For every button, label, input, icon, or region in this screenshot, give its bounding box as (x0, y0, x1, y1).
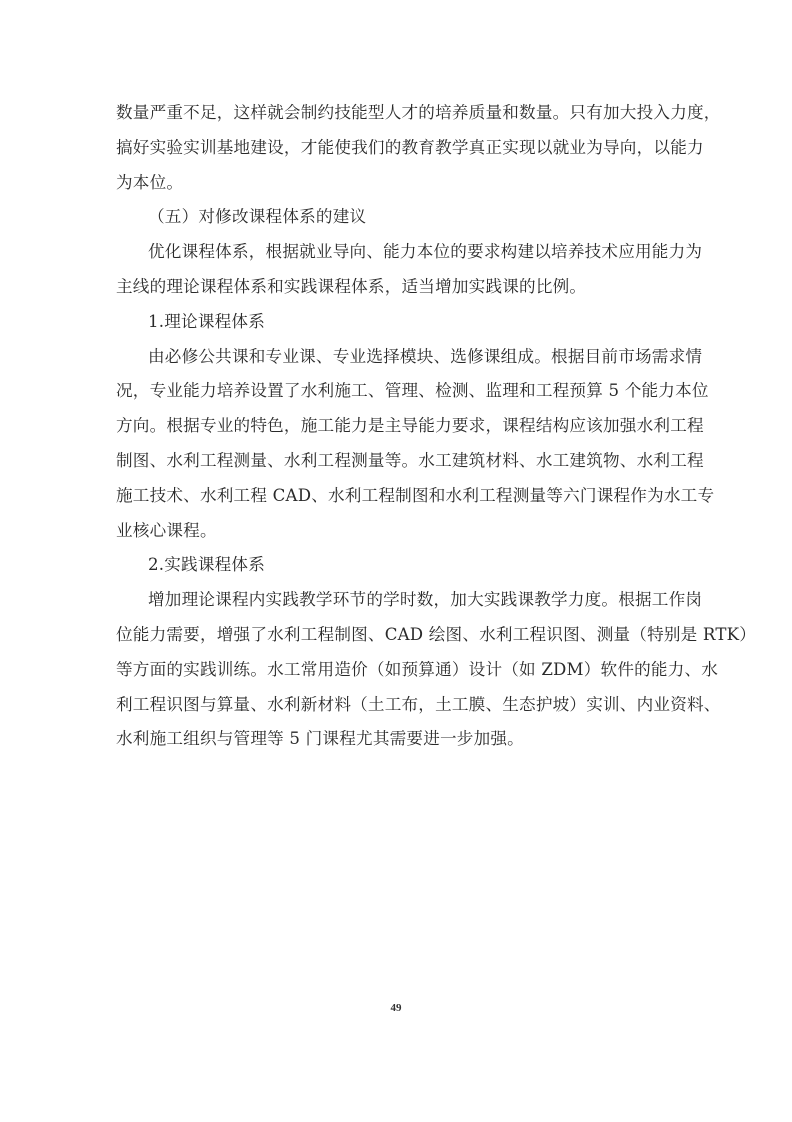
subsection-heading: 2.实践课程体系 (116, 548, 682, 583)
body-text-line: 制图、水利工程测量、水利工程测量等。水工建筑材料、水工建筑物、水利工程 (116, 444, 682, 479)
body-text-line: 由必修公共课和专业课、专业选择模块、选修课组成。根据目前市场需求情 (116, 340, 682, 375)
subsection-heading: 1.理论课程体系 (116, 305, 682, 340)
body-text-line: 主线的理论课程体系和实践课程体系，适当增加实践课的比例。 (116, 270, 682, 305)
body-text-line: 施工技术、水利工程 CAD、水利工程制图和水利工程测量等六门课程作为水工专 (116, 479, 682, 514)
body-text-line: 况，专业能力培养设置了水利施工、管理、检测、监理和工程预算 5 个能力本位 (116, 374, 682, 409)
body-text-line: 搞好实验实训基地建设，才能使我们的教育教学真正实现以就业为导向，以能力 (116, 131, 682, 166)
body-text-line: 为本位。 (116, 166, 682, 201)
section-heading: （五）对修改课程体系的建议 (116, 200, 682, 235)
body-text-line: 优化课程体系，根据就业导向、能力本位的要求构建以培养技术应用能力为 (116, 235, 682, 270)
body-text-line: 等方面的实践训练。水工常用造价（如预算通）设计（如 ZDM）软件的能力、水 (116, 653, 682, 688)
body-text-line: 方向。根据专业的特色，施工能力是主导能力要求，课程结构应该加强水利工程 (116, 409, 682, 444)
document-page: 数量严重不足，这样就会制约技能型人才的培养质量和数量。只有加大投入力度， 搞好实… (116, 96, 682, 757)
body-text-line: 增加理论课程内实践教学环节的学时数，加大实践课教学力度。根据工作岗 (116, 583, 682, 618)
body-text-line: 水利施工组织与管理等 5 门课程尤其需要进一步加强。 (116, 722, 682, 757)
page-number: 49 (0, 1002, 792, 1014)
body-text-line: 业核心课程。 (116, 514, 682, 549)
body-text-line: 数量严重不足，这样就会制约技能型人才的培养质量和数量。只有加大投入力度， (116, 96, 682, 131)
body-text-line: 位能力需要，增强了水利工程制图、CAD 绘图、水利工程识图、测量（特别是 RTK… (116, 618, 682, 653)
body-text-line: 利工程识图与算量、水利新材料（土工布，土工膜、生态护坡）实训、内业资料、 (116, 688, 682, 723)
